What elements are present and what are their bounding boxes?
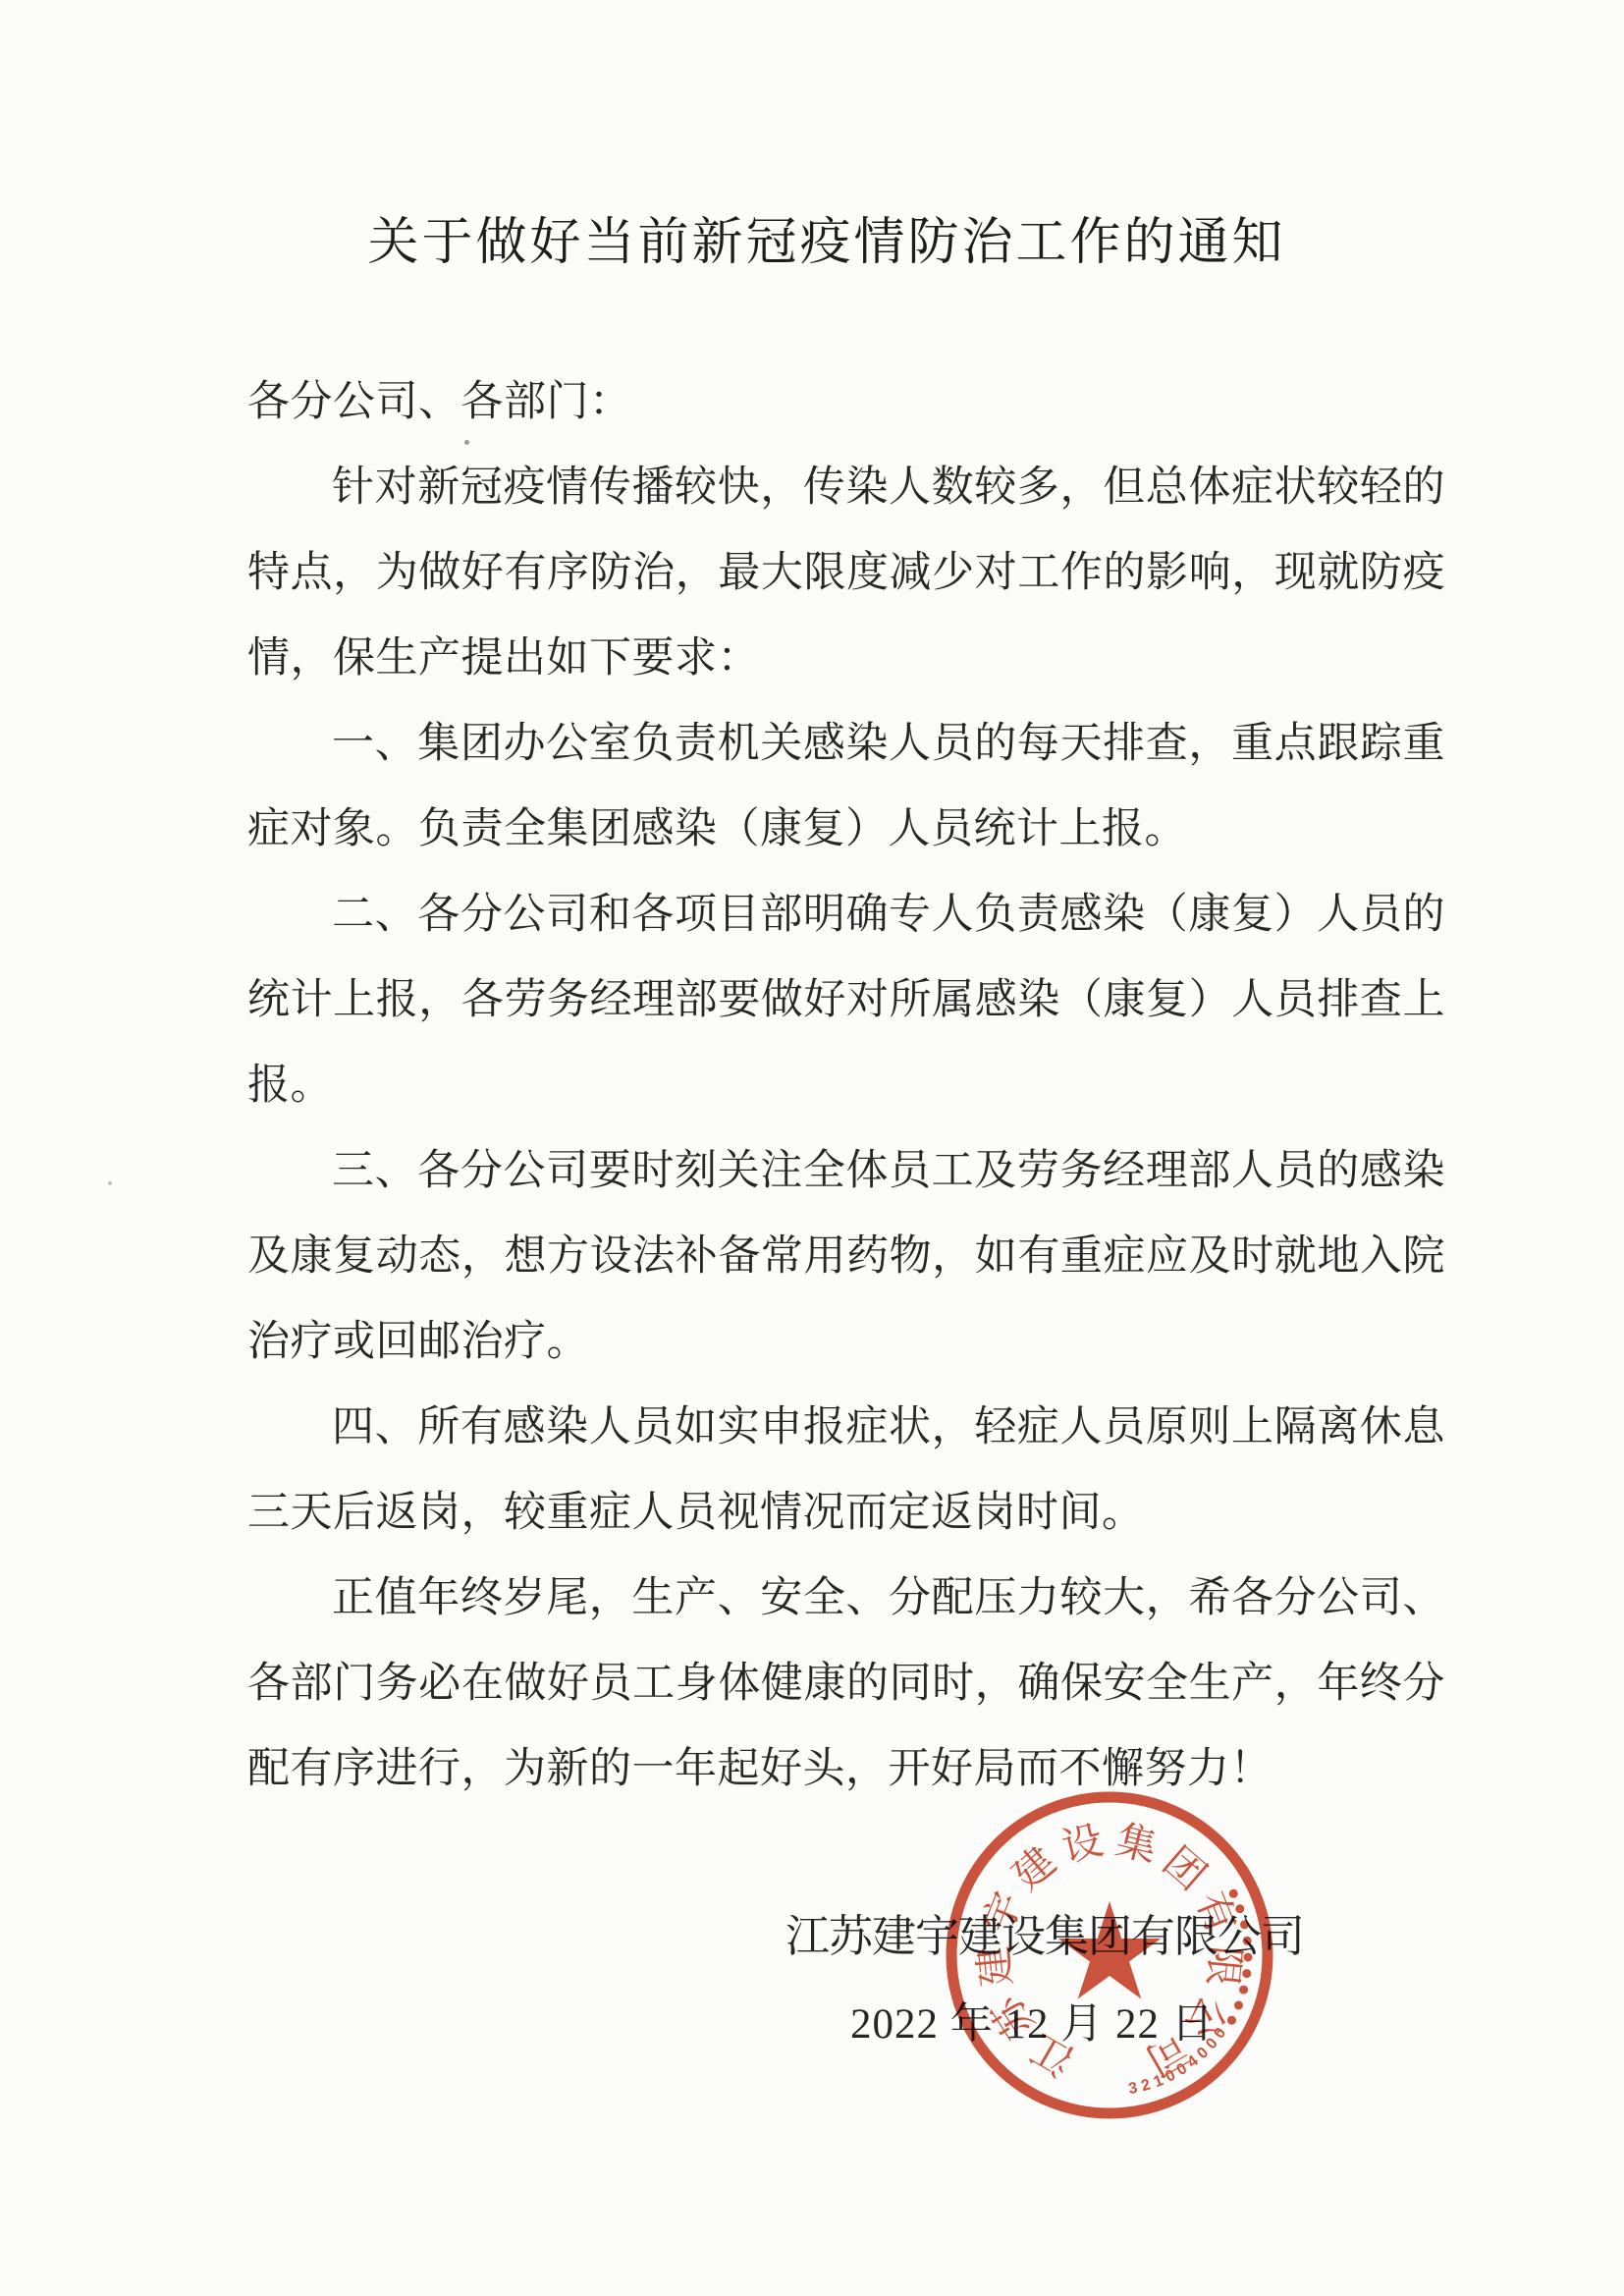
svg-text:团: 团 — [1155, 1838, 1215, 1899]
scan-speckle — [108, 1181, 112, 1185]
company-seal-stamp: 江苏建宇建设集团有限公司321004000 — [933, 1778, 1286, 2132]
paragraph-item-4: 四、所有感染人员如实申报症状，轻症人员原则上隔离休息三天后返岗，较重症人员视情况… — [247, 1385, 1445, 1556]
svg-text:集: 集 — [1111, 1817, 1162, 1870]
svg-text:苏: 苏 — [983, 1988, 1043, 2047]
document-body: 各分公司、各部门： 针对新冠疫情传播较快，传染人数较多，但总体症状较轻的特点，为… — [247, 359, 1445, 1812]
paragraph-intro: 针对新冠疫情传播较快，传染人数较多，但总体症状较轻的特点，为做好有序防治，最大限… — [247, 445, 1445, 701]
paragraph-item-1: 一、集团办公室负责机关感染人员的每天排查，重点跟踪重症对象。负责全集团感染（康复… — [247, 701, 1445, 872]
salutation-line: 各分公司、各部门： — [247, 359, 1445, 445]
document-title: 关于做好当前新冠疫情防治工作的通知 — [29, 200, 1624, 274]
svg-text:3: 3 — [1127, 2080, 1139, 2098]
svg-text:2: 2 — [1140, 2076, 1153, 2095]
svg-text:宇: 宇 — [974, 1886, 1031, 1940]
svg-text:江: 江 — [1023, 2025, 1081, 2084]
svg-text:建: 建 — [1004, 1838, 1064, 1899]
svg-text:设: 设 — [1057, 1817, 1108, 1870]
paragraph-item-2: 二、各分公司和各项目部明确专人负责感染（康复）人员的统计上报，各劳务经理部要做好… — [247, 872, 1445, 1128]
svg-text:建: 建 — [971, 1943, 1020, 1988]
svg-text:限: 限 — [1200, 1943, 1249, 1988]
paragraph-closing: 正值年终岁尾，生产、安全、分配压力较大，希各分公司、各部门务必在做好员工身体健康… — [247, 1556, 1445, 1812]
paragraph-item-3: 三、各分公司要时刻关注全体员工及劳务经理部人员的感染及康复动态，想方设法补备常用… — [247, 1128, 1445, 1385]
scan-speckle — [464, 440, 469, 445]
document-page: 关于做好当前新冠疫情防治工作的通知 各分公司、各部门： 针对新冠疫情传播较快，传… — [0, 0, 1624, 2296]
